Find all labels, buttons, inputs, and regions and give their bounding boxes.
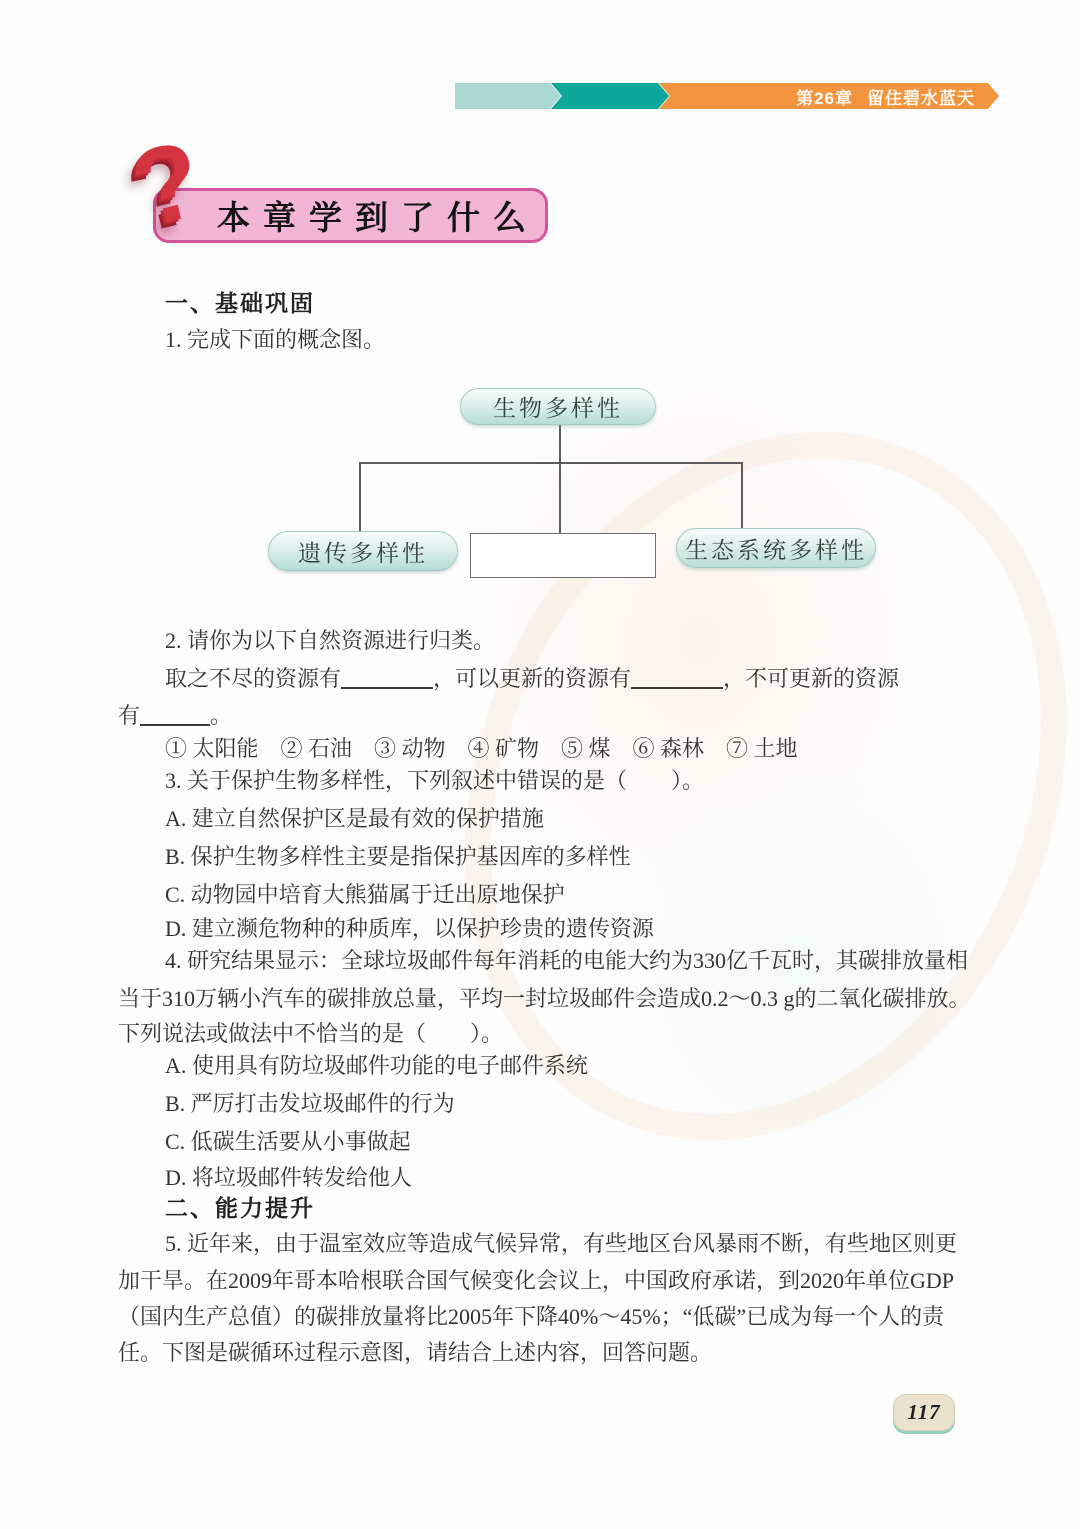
diagram-node-top-label: 生物多样性: [493, 390, 623, 423]
question-mark-icon: ?: [112, 138, 232, 263]
chapter-header-bar: 第26章 留住碧水蓝天: [455, 83, 999, 109]
answer-blank-1[interactable]: [341, 667, 433, 689]
header-segment-light-teal: [455, 83, 561, 109]
question2-stem: 2. 请你为以下自然资源进行归类。: [165, 625, 495, 657]
answer-blank-2[interactable]: [631, 667, 723, 689]
question3-option-d: D. 建立濒危物种的种质库，以保护珍贵的遗传资源: [165, 913, 654, 945]
question-mark-glyph: ?: [122, 124, 212, 245]
connector-center-vertical: [559, 424, 561, 534]
question4-option-b: B. 严厉打击发垃圾邮件的行为: [165, 1088, 455, 1120]
question2-choices: ① 太阳能 ② 石油 ③ 动物 ④ 矿物 ⑤ 煤 ⑥ 森林 ⑦ 土地: [165, 733, 798, 765]
question3-stem: 3. 关于保护生物多样性，下列叙述中错误的是（ ）。: [165, 765, 704, 797]
question5-line2: 加干旱。在2009年哥本哈根联合国气候变化会议上，中国政府承诺，到2020年单位…: [118, 1265, 954, 1297]
chapter-title: 留住碧水蓝天: [867, 84, 975, 109]
question5-line4: 任。下图是碳循环过程示意图，请结合上述内容，回答问题。: [118, 1337, 712, 1369]
fill-text-pre: 取之不尽的资源有: [165, 666, 341, 691]
chapter-number: 第26章: [796, 84, 853, 109]
connector-horizontal: [359, 462, 743, 464]
connector-left-vertical: [359, 462, 361, 531]
question4-line1: 4. 研究结果显示：全球垃圾邮件每年消耗的电能大约为330亿千瓦时，其碳排放量相: [165, 945, 968, 977]
section1-heading: 一、基础巩固: [165, 287, 315, 319]
header-segment-orange: 第26章 留住碧水蓝天: [659, 83, 999, 109]
question2-fill-line2: 有。: [118, 700, 232, 732]
header-segment-dark-teal: [551, 83, 669, 109]
question4-line2: 当于310万辆小汽车的碳排放总量，平均一封垃圾邮件会造成0.2～0.3 g的二氧…: [118, 983, 971, 1015]
diagram-node-right: 生态系统多样性: [676, 528, 876, 568]
diagram-answer-box[interactable]: [470, 533, 656, 578]
diagram-node-left-label: 遗传多样性: [298, 535, 428, 568]
question4-option-c: C. 低碳生活要从小事做起: [165, 1126, 411, 1158]
question1-stem: 1. 完成下面的概念图。: [165, 324, 385, 356]
fill-text-end: ，不可更新的资源: [723, 666, 899, 691]
concept-diagram: 生物多样性 遗传多样性 生态系统多样性: [0, 385, 1080, 585]
diagram-node-right-label: 生态系统多样性: [685, 532, 867, 565]
fill-text-pre2: 有: [118, 703, 140, 728]
question4-option-a: A. 使用具有防垃圾邮件功能的电子邮件系统: [165, 1050, 588, 1082]
question5-line1: 5. 近年来，由于温室效应等造成气候异常，有些地区台风暴雨不断，有些地区则更: [165, 1228, 957, 1260]
question5-line3: （国内生产总值）的碳排放量将比2005年下降40%～45%；“低碳”已成为每一个…: [118, 1301, 944, 1333]
question2-fill-line1: 取之不尽的资源有，可以更新的资源有，不可更新的资源: [165, 663, 899, 695]
fill-text-end2: 。: [210, 703, 232, 728]
connector-right-vertical: [741, 462, 743, 528]
textbook-page: 第26章 留住碧水蓝天 本章学到了什么 ? 一、基础巩固 1. 完成下面的概念图…: [0, 0, 1080, 1529]
question3-option-b: B. 保护生物多样性主要是指保护基因库的多样性: [165, 841, 631, 873]
answer-blank-3[interactable]: [140, 704, 210, 726]
question3-option-a: A. 建立自然保护区是最有效的保护措施: [165, 803, 544, 835]
question3-option-c: C. 动物园中培育大熊猫属于迁出原地保护: [165, 879, 565, 911]
question4-option-d: D. 将垃圾邮件转发给他人: [165, 1162, 412, 1194]
question4-line3: 下列说法或做法中不恰当的是（ ）。: [118, 1018, 503, 1050]
diagram-node-left: 遗传多样性: [268, 531, 458, 571]
page-number-pill: 117: [893, 1394, 955, 1431]
fill-text-mid: ，可以更新的资源有: [433, 666, 631, 691]
page-number: 117: [907, 1400, 940, 1425]
diagram-node-top: 生物多样性: [460, 388, 656, 425]
section2-heading: 二、能力提升: [165, 1192, 315, 1224]
